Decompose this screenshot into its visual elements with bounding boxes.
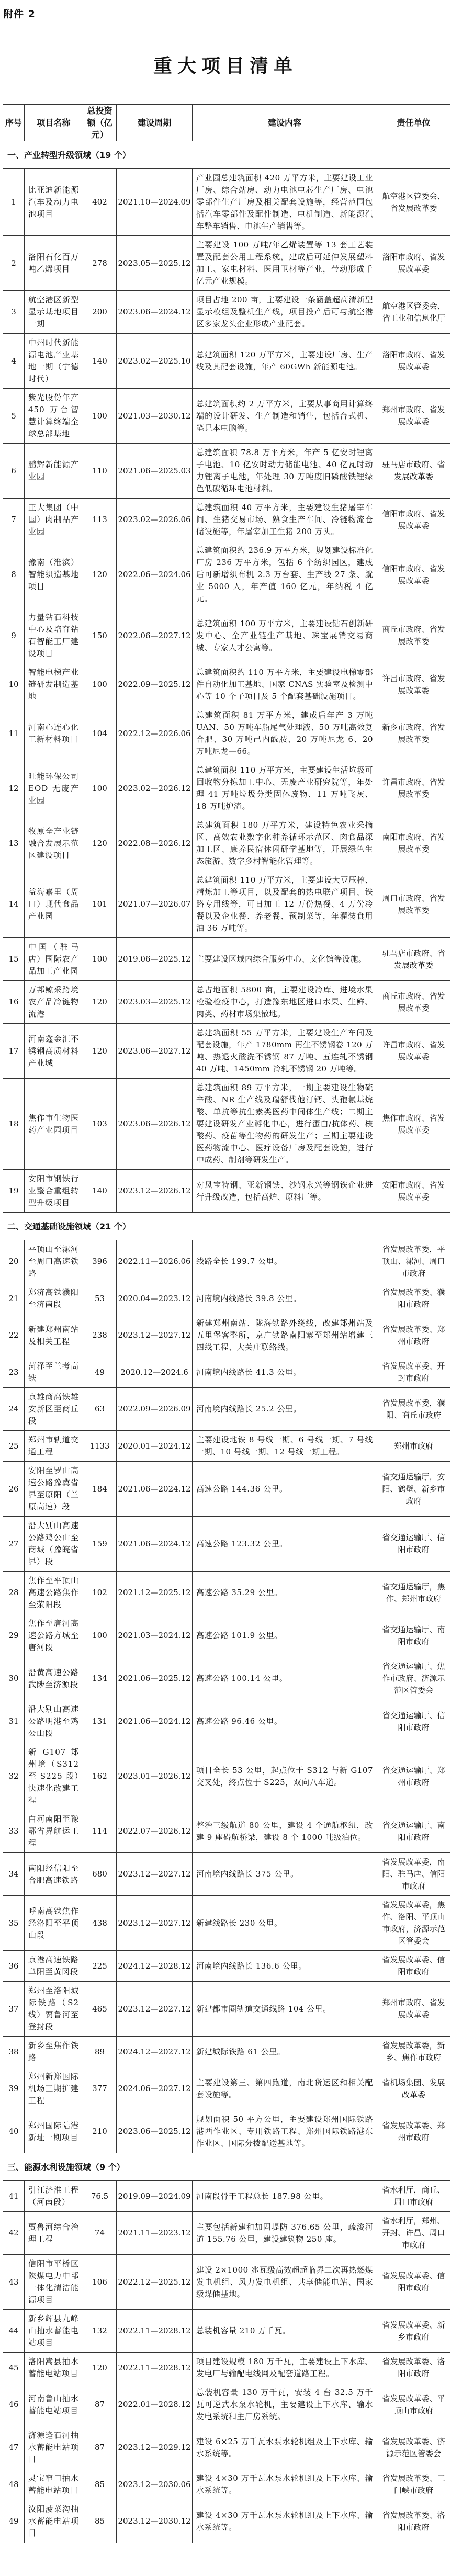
row-number-cell: 8 (3, 541, 25, 608)
table-row: 38新乡至焦作铁路892024.12—2027.12新建城际铁路 61 公里。省… (3, 2037, 450, 2067)
construction-period-cell: 2023.12—2027.12 (117, 1982, 193, 2037)
row-number-cell: 13 (3, 816, 25, 871)
row-number-cell: 20 (3, 1240, 25, 1283)
header-name: 项目名称 (25, 105, 83, 141)
investment-amount-cell: 140 (83, 334, 117, 389)
investment-amount-cell: 131 (83, 1700, 117, 1743)
construction-period-cell: 2023.12—2030.12 (117, 2500, 193, 2543)
construction-period-cell: 2022.08—2026.12 (117, 816, 193, 871)
construction-content-cell: 总装机容量 210 万千瓦。 (193, 2310, 377, 2353)
investment-amount-cell: 85 (83, 2500, 117, 2543)
row-number-cell: 11 (3, 706, 25, 761)
table-row: 48灵宝窄口抽水蓄能电站项目852023.12—2030.06建设 4×30 万… (3, 2469, 450, 2500)
construction-content-cell: 总建筑面积 110 万平方米，主要建设大豆压榨、精炼加工等项目，以及配套的热电联… (193, 871, 377, 938)
row-number-cell: 9 (3, 608, 25, 663)
project-name-cell: 智能电梯产业链研发制造基地 (25, 663, 83, 706)
investment-amount-cell: 87 (83, 2426, 117, 2469)
construction-content-cell: 总装机容量 130 万千瓦，安装 4 台 32.5 万千瓦可逆式水泵水轮机，主要… (193, 2383, 377, 2426)
responsible-unit-cell: 许昌市政府、省发展改革委 (377, 1024, 450, 1079)
project-name-cell: 呼南高铁焦作经洛阳至平顶山段 (25, 1896, 83, 1951)
table-row: 46河南鲁山抽水蓄能电站项目872022.01—2028.12总装机容量 130… (3, 2383, 450, 2426)
table-row: 19安阳市钢铁行业整合重组转型升级项目1402023.12—2026.12对凤宝… (3, 1170, 450, 1213)
row-number-cell: 43 (3, 2255, 25, 2310)
project-name-cell: 郑州市轨道交通工程 (25, 1431, 83, 1462)
project-name-cell: 新 G107 郑州境（S312 至 S225 段）快速化改建工程 (25, 1743, 83, 1810)
responsible-unit-cell: 省发展改革委、平顶山市政府 (377, 2383, 450, 2426)
investment-amount-cell: 114 (83, 1810, 117, 1853)
investment-amount-cell: 680 (83, 1853, 117, 1896)
investment-amount-cell: 74 (83, 2212, 117, 2255)
construction-period-cell: 2023.03—2025.12 (117, 981, 193, 1024)
table-row: 26安阳至罗山高速公路豫冀省界至原阳（兰原高速）段1842021.06—2024… (3, 1462, 450, 1517)
construction-content-cell: 高速公路 123.32 公里。 (193, 1517, 377, 1572)
construction-content-cell: 总建筑面积 89 万平方米，一期主要建设生物硫辛酸、NR 生产线及瑞舒伐他汀钙、… (193, 1079, 377, 1170)
construction-content-cell: 新建都市圈轨道交通线路 104 公里。 (193, 1982, 377, 2037)
responsible-unit-cell: 省水利厅，郑州、开封、许昌、周口市政府 (377, 2212, 450, 2255)
project-name-cell: 紫光股份年产 450 万台智慧计算终端全球总部基地 (25, 389, 83, 444)
responsible-unit-cell: 省发展改革委、洛阳市政府 (377, 2353, 450, 2383)
construction-period-cell: 2023.12—2027.12 (117, 1314, 193, 1357)
table-row: 39郑州新郑国际机场三期扩建工程3772024.06—2027.12主要建设第三… (3, 2067, 450, 2110)
project-name-cell: 河南鑫金汇不锈钢高质材料产业城 (25, 1024, 83, 1079)
row-number-cell: 16 (3, 981, 25, 1024)
construction-period-cell: 2019.06—2025.12 (117, 938, 193, 981)
project-name-cell: 南阳经信阳至合肥高速铁路 (25, 1853, 83, 1896)
investment-amount-cell: 106 (83, 2255, 117, 2310)
table-row: 43信阳市平桥区陕煤电力中部一体化清洁能源项目1062022.12—2025.1… (3, 2255, 450, 2310)
project-name-cell: 中州时代新能源电池产业基地一期（宁德时代） (25, 334, 83, 389)
responsible-unit-cell: 郑州市政府、省发展改革委 (377, 1982, 450, 2037)
header-unit: 责任单位 (377, 105, 450, 141)
header-content: 建设内容 (193, 105, 377, 141)
row-number-cell: 33 (3, 1810, 25, 1853)
construction-content-cell: 总建筑面积 180 万平方米，建设特色农业采摘区、高效农业数字化种养循环示范区、… (193, 816, 377, 871)
construction-content-cell: 总建筑面积 78.8 万平方米，年产 5 亿安时锂离子电池、10 亿安时动力储能… (193, 444, 377, 499)
responsible-unit-cell: 省发展改革委，焦作、洛阳、平顶山市政府，济源示范区管委会 (377, 1896, 450, 1951)
project-name-cell: 新乡辉县九峰山抽水蓄能电站项目 (25, 2310, 83, 2353)
row-number-cell: 17 (3, 1024, 25, 1079)
responsible-unit-cell: 省发展改革委、洛阳市政府 (377, 2500, 450, 2543)
responsible-unit-cell: 省发展改革委，新乡、焦作市政府 (377, 2037, 450, 2067)
table-row: 17河南鑫金汇不锈钢高质材料产业城1202023.06—2027.12总建筑面积… (3, 1024, 450, 1079)
investment-amount-cell: 102 (83, 1572, 117, 1614)
row-number-cell: 40 (3, 2110, 25, 2153)
project-name-cell: 河南心连心化工新材料项目 (25, 706, 83, 761)
construction-content-cell: 高速公路 35.29 公里。 (193, 1572, 377, 1614)
investment-amount-cell: 120 (83, 1024, 117, 1079)
row-number-cell: 38 (3, 2037, 25, 2067)
construction-content-cell: 对凤宝特钢、亚新钢铁、沙钢永兴等钢铁企业进行升级改造，包括高炉、原料厂等。 (193, 1170, 377, 1213)
header-no: 序号 (3, 105, 25, 141)
investment-amount-cell: 120 (83, 2353, 117, 2383)
table-row: 40郑州国际陆港新址一期项目2102023.06—2025.12规划面积 50 … (3, 2110, 450, 2153)
row-number-cell: 21 (3, 1283, 25, 1314)
project-name-cell: 中国（驻马店）国际农产品加工产业园 (25, 938, 83, 981)
table-row: 9力量钻石科技中心及培育钻石智能工厂建设项目1502022.06—2027.12… (3, 608, 450, 663)
construction-period-cell: 2023.12—2027.12 (117, 1853, 193, 1896)
construction-content-cell: 高速公路 100.14 公里。 (193, 1657, 377, 1700)
project-name-cell: 京港高速铁路阜阳至黄冈段 (25, 1951, 83, 1982)
construction-period-cell: 2023.06—2026.12 (117, 1079, 193, 1170)
table-row: 4中州时代新能源电池产业基地一期（宁德时代）1402023.02—2025.10… (3, 334, 450, 389)
construction-content-cell: 建设 2×1000 兆瓦级高效超超临界二次再热燃煤发电机组、风力发电机组、共享储… (193, 2255, 377, 2310)
project-name-cell: 河南鲁山抽水蓄能电站项目 (25, 2383, 83, 2426)
table-row: 28焦作至平顶山高速公路焦作至荥阳段1022021.12—2025.12高速公路… (3, 1572, 450, 1614)
responsible-unit-cell: 航空港区管委会、省工业和信息化厅 (377, 291, 450, 334)
table-row: 20平顶山至漯河至周口高速铁路3962022.11—2026.06线路全长 19… (3, 1240, 450, 1283)
table-row: 31沿大别山高速公路明港至鸡公山段1312021.06—2024.12高速公路 … (3, 1700, 450, 1743)
construction-period-cell: 2021.06—2024.12 (117, 1700, 193, 1743)
page-title: 重大项目清单 (0, 51, 451, 78)
table-row: 3航空港区新型显示基地项目一期2002023.06—2024.12项目占地 20… (3, 291, 450, 334)
construction-period-cell: 2021.12—2025.12 (117, 1572, 193, 1614)
responsible-unit-cell: 许昌市政府、省发展改革委 (377, 663, 450, 706)
table-row: 11河南心连心化工新材料项目1042022.12—2026.06总建筑面积 81… (3, 706, 450, 761)
row-number-cell: 1 (3, 169, 25, 236)
responsible-unit-cell: 周口市政府、省发展改革委 (377, 871, 450, 938)
project-name-cell: 牧原全产业链融合发展示范区建设项目 (25, 816, 83, 871)
responsible-unit-cell: 南阳市政府、省发展改革委 (377, 816, 450, 871)
responsible-unit-cell: 省发展改革委、开封市政府 (377, 1357, 450, 1388)
construction-content-cell: 项目占地 200 亩，主要建设一条涵盖超高清新型显示模组及整机生产线，项目投产后… (193, 291, 377, 334)
investment-amount-cell: 465 (83, 1982, 117, 2037)
table-row: 25郑州市轨道交通工程11332020.01—2024.12主要建设地铁 8 号… (3, 1431, 450, 1462)
responsible-unit-cell: 省交通运输厅、南阳市政府 (377, 1810, 450, 1853)
table-row: 24京雄商高铁雄安新区至商丘段632022.09—2026.09河南境内线路长 … (3, 1388, 450, 1431)
construction-period-cell: 2023.02—2026.06 (117, 499, 193, 541)
project-name-cell: 信阳市平桥区陕煤电力中部一体化清洁能源项目 (25, 2255, 83, 2310)
row-number-cell: 15 (3, 938, 25, 981)
investment-amount-cell: 1133 (83, 1431, 117, 1462)
responsible-unit-cell: 洛阳市政府、省发展改革委 (377, 236, 450, 291)
project-name-cell: 沿黄高速公路武陟至济源段 (25, 1657, 83, 1700)
responsible-unit-cell: 航空港区管委会、省发展改革委 (377, 169, 450, 236)
investment-amount-cell: 120 (83, 981, 117, 1024)
construction-content-cell: 线路全长 199.7 公里。 (193, 1240, 377, 1283)
construction-period-cell: 2021.06—2024.12 (117, 1517, 193, 1572)
section-title: 三、能源水利设施领域（9 个） (3, 2153, 450, 2181)
row-number-cell: 39 (3, 2067, 25, 2110)
project-name-cell: 新乡至焦作铁路 (25, 2037, 83, 2067)
responsible-unit-cell: 省发展改革委、信阳市政府 (377, 2255, 450, 2310)
investment-amount-cell: 100 (83, 663, 117, 706)
investment-amount-cell: 140 (83, 1170, 117, 1213)
table-row: 16万邦鲸采跨境农产品冷链物流港1202023.03—2025.12总占地面积 … (3, 981, 450, 1024)
construction-period-cell: 2021.03—2024.12 (117, 1614, 193, 1657)
responsible-unit-cell: 郑州市政府 (377, 1431, 450, 1462)
construction-period-cell: 2022.09—2026.09 (117, 1388, 193, 1431)
table-row: 44新乡辉县九峰山抽水蓄能电站项目1322022.11—2028.12总装机容量… (3, 2310, 450, 2353)
section-title: 一、产业转型升级领域（19 个） (3, 141, 450, 169)
row-number-cell: 27 (3, 1517, 25, 1572)
project-name-cell: 新建郑州南站及相关工程 (25, 1314, 83, 1357)
responsible-unit-cell: 驻马店市政府、省发展改革委 (377, 938, 450, 981)
construction-period-cell: 2020.12—2024.6 (117, 1357, 193, 1388)
responsible-unit-cell: 省交通运输厅、郑州市政府 (377, 1743, 450, 1810)
investment-amount-cell: 377 (83, 2067, 117, 2110)
table-row: 2洛阳石化百万吨乙烯项目2782023.05—2025.12主要建设 100 万… (3, 236, 450, 291)
row-number-cell: 25 (3, 1431, 25, 1462)
construction-content-cell: 总建筑面积 40 万平方米，主要建设生猪屠宰车间、生猪交易市场、熟食生产车间、冷… (193, 499, 377, 541)
project-name-cell: 安阳市钢铁行业整合重组转型升级项目 (25, 1170, 83, 1213)
construction-period-cell: 2024.12—2028.12 (117, 1951, 193, 1982)
project-name-cell: 焦作至平顶山高速公路焦作至荥阳段 (25, 1572, 83, 1614)
construction-content-cell: 河南境内线路长 41.3 公里。 (193, 1357, 377, 1388)
project-name-cell: 郑州国际陆港新址一期项目 (25, 2110, 83, 2153)
construction-period-cell: 2023.12—2030.06 (117, 2469, 193, 2500)
construction-period-cell: 2022.11—2026.06 (117, 1240, 193, 1283)
investment-amount-cell: 49 (83, 1357, 117, 1388)
responsible-unit-cell: 郑州市政府、省发展改革委 (377, 389, 450, 444)
row-number-cell: 44 (3, 2310, 25, 2353)
investment-amount-cell: 396 (83, 1240, 117, 1283)
row-number-cell: 2 (3, 236, 25, 291)
table-row: 47济源逢石河抽水蓄能电站项目872023.12—2029.12建设 6×25 … (3, 2426, 450, 2469)
construction-period-cell: 2022.12—2025.12 (117, 2255, 193, 2310)
project-name-cell: 豫南（淮滨）智能织造基地项目 (25, 541, 83, 608)
investment-amount-cell: 238 (83, 1314, 117, 1357)
row-number-cell: 48 (3, 2469, 25, 2500)
construction-content-cell: 建设 4×30 万千瓦水泵水轮机组及上下水库、输水系统等。 (193, 2469, 377, 2500)
construction-period-cell: 2019.09—2024.09 (117, 2181, 193, 2212)
table-row: 8豫南（淮滨）智能织造基地项目1202022.06—2024.06总建筑面积约 … (3, 541, 450, 608)
investment-amount-cell: 113 (83, 499, 117, 541)
construction-period-cell: 2020.01—2024.12 (117, 1431, 193, 1462)
investment-amount-cell: 438 (83, 1896, 117, 1951)
row-number-cell: 22 (3, 1314, 25, 1357)
investment-amount-cell: 53 (83, 1283, 117, 1314)
responsible-unit-cell: 洛阳市政府、省发展改革委 (377, 334, 450, 389)
construction-period-cell: 2022.06—2024.06 (117, 541, 193, 608)
construction-period-cell: 2023.12—2027.12 (117, 1896, 193, 1951)
investment-amount-cell: 110 (83, 444, 117, 499)
row-number-cell: 46 (3, 2383, 25, 2426)
construction-content-cell: 新建郑州南站、陇海铁路外绕线，改建郑州站及五里堡客整所，京广铁路南阳寨至郑州站增… (193, 1314, 377, 1357)
investment-amount-cell: 85 (83, 2469, 117, 2500)
responsible-unit-cell: 省发展改革委、郑州市政府 (377, 1314, 450, 1357)
investment-amount-cell: 104 (83, 706, 117, 761)
row-number-cell: 24 (3, 1388, 25, 1431)
construction-content-cell: 总建筑面积约 236.9 万平方米，规划建设标准化厂房 236 万平方米，包括 … (193, 541, 377, 608)
row-number-cell: 23 (3, 1357, 25, 1388)
row-number-cell: 6 (3, 444, 25, 499)
project-name-cell: 郑州至洛阳城际铁路（S2 线）贾鲁河至登封段 (25, 1982, 83, 2037)
row-number-cell: 14 (3, 871, 25, 938)
responsible-unit-cell: 驻马店市政府、省发展改革委 (377, 444, 450, 499)
project-name-cell: 灵宝窄口抽水蓄能电站项目 (25, 2469, 83, 2500)
responsible-unit-cell: 省发展改革委、濮阳市政府 (377, 1283, 450, 1314)
responsible-unit-cell: 信阳市政府、省发展改革委 (377, 541, 450, 608)
table-row: 1比亚迪新能源汽车及动力电池项目4022021.10—2024.09产业园总建筑… (3, 169, 450, 236)
table-row: 45洛阳嵩县抽水蓄能电站项目1202022.11—2028.12项目建设规模 1… (3, 2353, 450, 2383)
construction-period-cell: 2023.05—2025.12 (117, 236, 193, 291)
responsible-unit-cell: 省交通运输厅、南阳市政府 (377, 1614, 450, 1657)
project-table-container: 序号 项目名称 总投资额（亿元） 建设周期 建设内容 责任单位 一、产业转型升级… (3, 104, 450, 2543)
project-name-cell: 焦作至唐河高速公路方城至唐河段 (25, 1614, 83, 1657)
investment-amount-cell: 120 (83, 816, 117, 871)
responsible-unit-cell: 许昌市政府、省发展改革委 (377, 761, 450, 816)
project-name-cell: 沿大别山高速公路鸡公山至商城（豫皖省界）段 (25, 1517, 83, 1572)
construction-content-cell: 河南境内线路长 39.8 公里。 (193, 1283, 377, 1314)
investment-amount-cell: 101 (83, 871, 117, 938)
construction-content-cell: 河南境内线路长 136.6 公里。 (193, 1951, 377, 1982)
table-body: 一、产业转型升级领域（19 个）1比亚迪新能源汽车及动力电池项目4022021.… (3, 141, 450, 2543)
investment-amount-cell: 100 (83, 389, 117, 444)
row-number-cell: 4 (3, 334, 25, 389)
construction-content-cell: 总建筑面积 120 万平方米，主要建设厂房、生产线及其配套设施，年产 60GWh… (193, 334, 377, 389)
table-row: 30沿黄高速公路武陟至济源段1342021.06—2025.12高速公路 100… (3, 1657, 450, 1700)
table-row: 12旺能环保公司 EOD 无废产业园1002023.02—2026.12总建筑面… (3, 761, 450, 816)
table-row: 5紫光股份年产 450 万台智慧计算终端全球总部基地1002021.03—203… (3, 389, 450, 444)
construction-content-cell: 主要建设区域内综合服务中心、文化馆等设施。 (193, 938, 377, 981)
responsible-unit-cell: 焦作市政府、省发展改革委 (377, 1079, 450, 1170)
investment-amount-cell: 402 (83, 169, 117, 236)
construction-period-cell: 2022.11—2028.12 (117, 2353, 193, 2383)
construction-content-cell: 河南段骨干工程总长 187.98 公里。 (193, 2181, 377, 2212)
investment-amount-cell: 76.5 (83, 2181, 117, 2212)
header-amount: 总投资额（亿元） (83, 105, 117, 141)
project-name-cell: 汝阳菠菜沟抽水蓄能电站项目 (25, 2500, 83, 2543)
construction-period-cell: 2023.02—2025.10 (117, 334, 193, 389)
construction-content-cell: 新建城际铁路 61 公里。 (193, 2037, 377, 2067)
construction-period-cell: 2022.06—2027.12 (117, 608, 193, 663)
responsible-unit-cell: 省发展改革委、三门峡市政府 (377, 2469, 450, 2500)
construction-content-cell: 总占地面积 5800 亩，主要建设冷库、进境水果检验检疫中心，打造豫东地区进口水… (193, 981, 377, 1024)
project-name-cell: 益海嘉里（周口）现代食品产业园 (25, 871, 83, 938)
construction-content-cell: 整治三级航道 80 公里，建设 4 个通航枢纽，改建 9 座碍航桥梁，建设 8 … (193, 1810, 377, 1853)
construction-content-cell: 总建筑面积约 2 万平方米，主要从事商用计算终端的设计研发、生产制造和销售，包括… (193, 389, 377, 444)
responsible-unit-cell: 商丘市政府、省发展改革委 (377, 981, 450, 1024)
attachment-label: 附件 2 (3, 6, 36, 20)
row-number-cell: 49 (3, 2500, 25, 2543)
responsible-unit-cell: 省发展改革委，平顶山、漯河、周口市政府 (377, 1240, 450, 1283)
project-name-cell: 安阳至罗山高速公路豫冀省界至原阳（兰原高速）段 (25, 1462, 83, 1517)
construction-period-cell: 2021.11—2023.12 (117, 2212, 193, 2255)
table-row: 6鹏辉新能源产业园1102021.06—2025.03总建筑面积 78.8 万平… (3, 444, 450, 499)
construction-content-cell: 总建筑面积约 110 万平方米，主要建设电梯零部件自动化加工基地、国家 CNAS… (193, 663, 377, 706)
investment-amount-cell: 150 (83, 608, 117, 663)
row-number-cell: 30 (3, 1657, 25, 1700)
investment-amount-cell: 225 (83, 1951, 117, 1982)
project-name-cell: 鹏辉新能源产业园 (25, 444, 83, 499)
responsible-unit-cell: 省交通运输厅，安阳、鹤壁、新乡市政府 (377, 1462, 450, 1517)
table-row: 32新 G107 郑州境（S312 至 S225 段）快速化改建工程162202… (3, 1743, 450, 1810)
responsible-unit-cell: 省发展改革委、郑州市政府 (377, 2110, 450, 2153)
section-header-row: 一、产业转型升级领域（19 个） (3, 141, 450, 169)
construction-content-cell: 河南境内线路长 25.2 公里。 (193, 1388, 377, 1431)
project-name-cell: 济源逢石河抽水蓄能电站项目 (25, 2426, 83, 2469)
construction-period-cell: 2021.03—2030.12 (117, 389, 193, 444)
construction-period-cell: 2022.11—2028.12 (117, 2310, 193, 2353)
row-number-cell: 34 (3, 1853, 25, 1896)
project-name-cell: 沿大别山高速公路明港至鸡公山段 (25, 1700, 83, 1743)
project-name-cell: 京雄商高铁雄安新区至商丘段 (25, 1388, 83, 1431)
responsible-unit-cell: 省发展改革委、济源示范区管委会 (377, 2426, 450, 2469)
construction-period-cell: 2022.07—2026.12 (117, 1810, 193, 1853)
header-period: 建设周期 (117, 105, 193, 141)
construction-content-cell: 总建筑面积 55 万平方米，主要建设生产车间及配套设施，年产 1780mm 再生… (193, 1024, 377, 1079)
responsible-unit-cell: 省发展改革委、信阳市政府 (377, 1951, 450, 1982)
row-number-cell: 29 (3, 1614, 25, 1657)
project-name-cell: 菏泽至兰考高铁 (25, 1357, 83, 1388)
row-number-cell: 36 (3, 1951, 25, 1982)
investment-amount-cell: 132 (83, 2310, 117, 2353)
investment-amount-cell: 200 (83, 291, 117, 334)
responsible-unit-cell: 省发展改革委，南阳、驻马店、信阳市政府 (377, 1853, 450, 1896)
construction-period-cell: 2023.02—2026.12 (117, 761, 193, 816)
investment-amount-cell: 278 (83, 236, 117, 291)
construction-content-cell: 项目建设规模 180 万千瓦，主要建设上下水库、发电厂与输配电线网及配套道路工程… (193, 2353, 377, 2383)
project-name-cell: 焦作市生物医药产业园项目 (25, 1079, 83, 1170)
project-name-cell: 比亚迪新能源汽车及动力电池项目 (25, 169, 83, 236)
construction-period-cell: 2022.12—2026.06 (117, 706, 193, 761)
investment-amount-cell: 134 (83, 1657, 117, 1700)
table-row: 14益海嘉里（周口）现代食品产业园1012021.07—2026.07总建筑面积… (3, 871, 450, 938)
construction-content-cell: 主要建设第三、第四跑道，南北货运区和相关配套设施等。 (193, 2067, 377, 2110)
row-number-cell: 37 (3, 1982, 25, 2037)
table-row: 13牧原全产业链融合发展示范区建设项目1202022.08—2026.12总建筑… (3, 816, 450, 871)
construction-content-cell: 项目全长 53 公里，起点位于 S312 与新 G107 交叉处，终点位于 S2… (193, 1743, 377, 1810)
project-name-cell: 洛阳嵩县抽水蓄能电站项目 (25, 2353, 83, 2383)
construction-period-cell: 2024.06—2027.12 (117, 2067, 193, 2110)
table-row: 33白河南阳至豫鄂省界航运工程1142022.07—2026.12整治三级航道 … (3, 1810, 450, 1853)
project-name-cell: 贾鲁河综合治理工程 (25, 2212, 83, 2255)
project-name-cell: 旺能环保公司 EOD 无废产业园 (25, 761, 83, 816)
construction-content-cell: 高速公路 101.9 公里。 (193, 1614, 377, 1657)
table-row: 10智能电梯产业链研发制造基地1002022.09—2025.12总建筑面积约 … (3, 663, 450, 706)
project-name-cell: 郑济高铁濮阳至济南段 (25, 1283, 83, 1314)
table-row: 29焦作至唐河高速公路方城至唐河段1002021.03—2024.12高速公路 … (3, 1614, 450, 1657)
table-row: 15中国（驻马店）国际农产品加工产业园1002019.06—2025.12主要建… (3, 938, 450, 981)
row-number-cell: 3 (3, 291, 25, 334)
investment-amount-cell: 159 (83, 1517, 117, 1572)
construction-period-cell: 2021.07—2026.07 (117, 871, 193, 938)
construction-content-cell: 主要建设 100 万吨/年乙烯装置等 13 套工艺装置及配套公用工程系统，建成后… (193, 236, 377, 291)
construction-period-cell: 2023.06—2025.12 (117, 2110, 193, 2153)
construction-content-cell: 新建线路长 230 公里。 (193, 1896, 377, 1951)
project-name-cell: 平顶山至漯河至周口高速铁路 (25, 1240, 83, 1283)
investment-amount-cell: 103 (83, 1079, 117, 1170)
table-row: 18焦作市生物医药产业园项目1032023.06—2026.12总建筑面积 89… (3, 1079, 450, 1170)
investment-amount-cell: 120 (83, 541, 117, 608)
construction-content-cell: 建设 4×30 万千瓦水泵水轮机组及上下水库、输水系统等。 (193, 2500, 377, 2543)
table-row: 21郑济高铁濮阳至济南段532020.04—2023.12河南境内线路长 39.… (3, 1283, 450, 1314)
construction-period-cell: 2023.12—2029.12 (117, 2426, 193, 2469)
construction-period-cell: 2022.09—2025.12 (117, 663, 193, 706)
construction-period-cell: 2021.06—2024.12 (117, 1462, 193, 1517)
responsible-unit-cell: 省机场集团、发展改革委 (377, 2067, 450, 2110)
project-table: 序号 项目名称 总投资额（亿元） 建设周期 建设内容 责任单位 一、产业转型升级… (3, 104, 450, 2543)
responsible-unit-cell: 信阳市政府、省发展改革委 (377, 499, 450, 541)
investment-amount-cell: 63 (83, 1388, 117, 1431)
row-number-cell: 18 (3, 1079, 25, 1170)
project-name-cell: 引江济淮工程（河南段） (25, 2181, 83, 2212)
construction-period-cell: 2021.06—2025.03 (117, 444, 193, 499)
table-row: 42贾鲁河综合治理工程742021.11—2023.12主要包括新建和加固堤防 … (3, 2212, 450, 2255)
construction-content-cell: 高速公路 144.36 公里。 (193, 1462, 377, 1517)
row-number-cell: 19 (3, 1170, 25, 1213)
responsible-unit-cell: 安阳市政府、省发展改革委 (377, 1170, 450, 1213)
row-number-cell: 41 (3, 2181, 25, 2212)
row-number-cell: 5 (3, 389, 25, 444)
table-row: 34南阳经信阳至合肥高速铁路6802023.12—2027.12河南境内线路长 … (3, 1853, 450, 1896)
project-name-cell: 正大集团（中国）肉制品产业园 (25, 499, 83, 541)
row-number-cell: 35 (3, 1896, 25, 1951)
section-header-row: 二、交通基础设施领域（21 个） (3, 1213, 450, 1240)
construction-content-cell: 产业园总建筑面积 420 万平方米，主要建设工业厂房、综合站房、动力电池电芯生产… (193, 169, 377, 236)
responsible-unit-cell: 省交通运输厅，焦作、郑州市政府 (377, 1572, 450, 1614)
row-number-cell: 45 (3, 2353, 25, 2383)
